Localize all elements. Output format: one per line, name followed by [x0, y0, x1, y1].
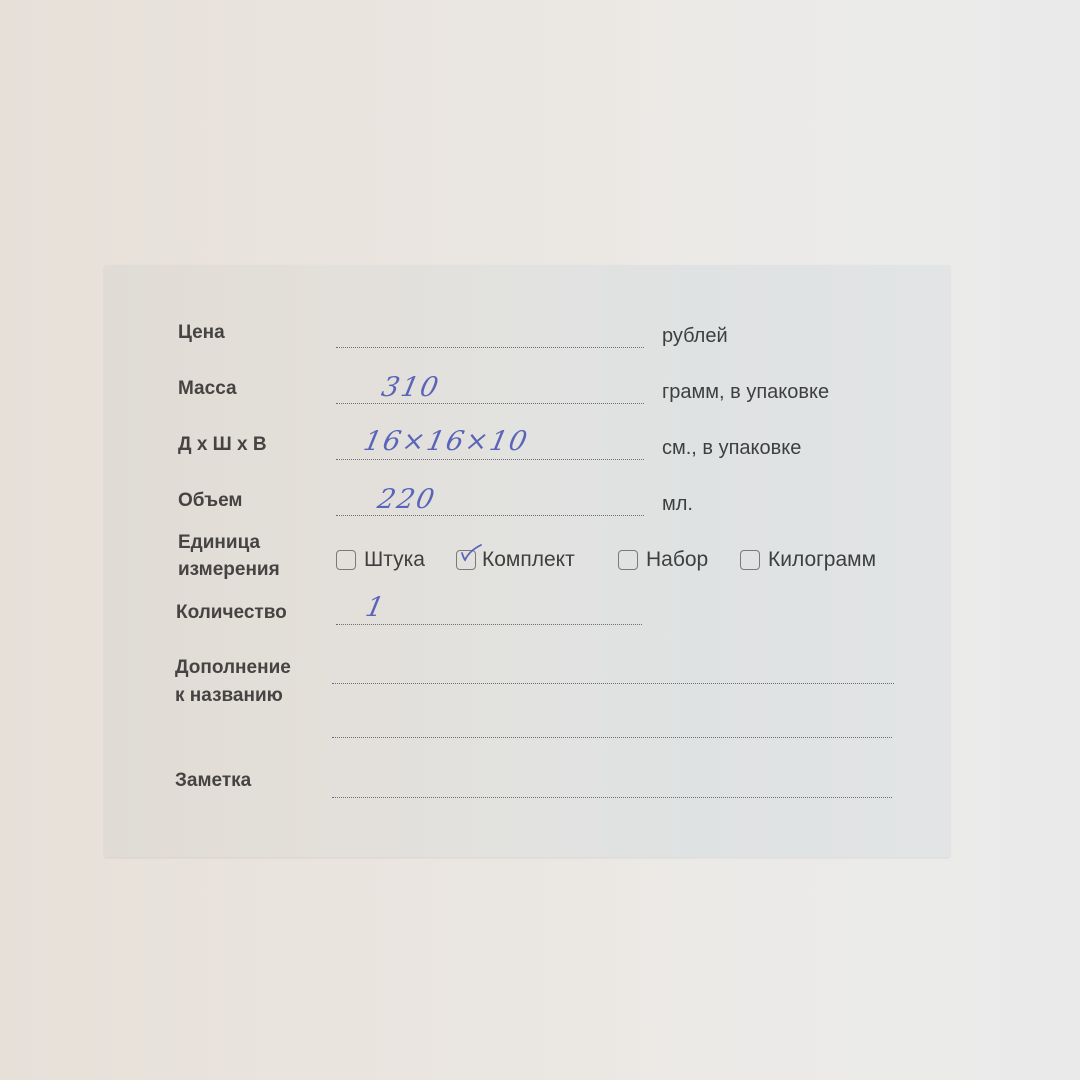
option-piece[interactable]: Штука	[336, 548, 425, 572]
dimensions-label: Д x Ш x В	[178, 432, 267, 458]
mass-label: Масса	[178, 376, 237, 402]
price-label: Цена	[178, 320, 225, 346]
checkbox-set[interactable]	[456, 550, 476, 570]
dimensions-field[interactable]	[336, 459, 644, 460]
product-info-card: Цена рублей Масса 310 грамм, в упаковке …	[104, 265, 950, 857]
price-unit: рублей	[662, 323, 728, 349]
option-kilogram-label: Килограмм	[768, 548, 876, 572]
quantity-value: 1	[363, 593, 389, 623]
name-addition-field-line2[interactable]	[332, 737, 892, 738]
option-set-label: Комплект	[482, 548, 575, 572]
option-piece-label: Штука	[364, 548, 425, 572]
mass-unit: грамм, в упаковке	[662, 379, 829, 405]
quantity-label: Количество	[176, 600, 287, 626]
name-addition-field-line1[interactable]	[332, 683, 894, 684]
option-kilogram[interactable]: Килограмм	[740, 548, 876, 572]
name-addition-label-line2: к названию	[175, 683, 283, 709]
quantity-field[interactable]	[336, 624, 642, 625]
volume-unit: мл.	[662, 491, 693, 517]
checkbox-piece[interactable]	[336, 550, 356, 570]
checkbox-kit[interactable]	[618, 550, 638, 570]
option-set[interactable]: Комплект	[456, 548, 575, 572]
name-addition-label-line1: Дополнение	[175, 655, 291, 681]
mass-field[interactable]	[336, 403, 644, 404]
option-kit[interactable]: Набор	[618, 548, 708, 572]
unit-of-measure-label-line2: измерения	[178, 557, 280, 583]
dimensions-value: 16×16×10	[361, 427, 532, 457]
checkbox-kilogram[interactable]	[740, 550, 760, 570]
handwritten-check-icon	[459, 543, 483, 563]
volume-field[interactable]	[336, 515, 644, 516]
unit-of-measure-label-line1: Единица	[178, 530, 260, 556]
volume-label: Объем	[178, 488, 243, 514]
dimensions-unit: см., в упаковке	[662, 435, 801, 461]
option-kit-label: Набор	[646, 548, 708, 572]
note-field[interactable]	[332, 797, 892, 798]
volume-value: 220	[375, 485, 439, 515]
price-field[interactable]	[336, 347, 644, 348]
note-label: Заметка	[175, 768, 251, 794]
mass-value: 310	[379, 373, 443, 403]
